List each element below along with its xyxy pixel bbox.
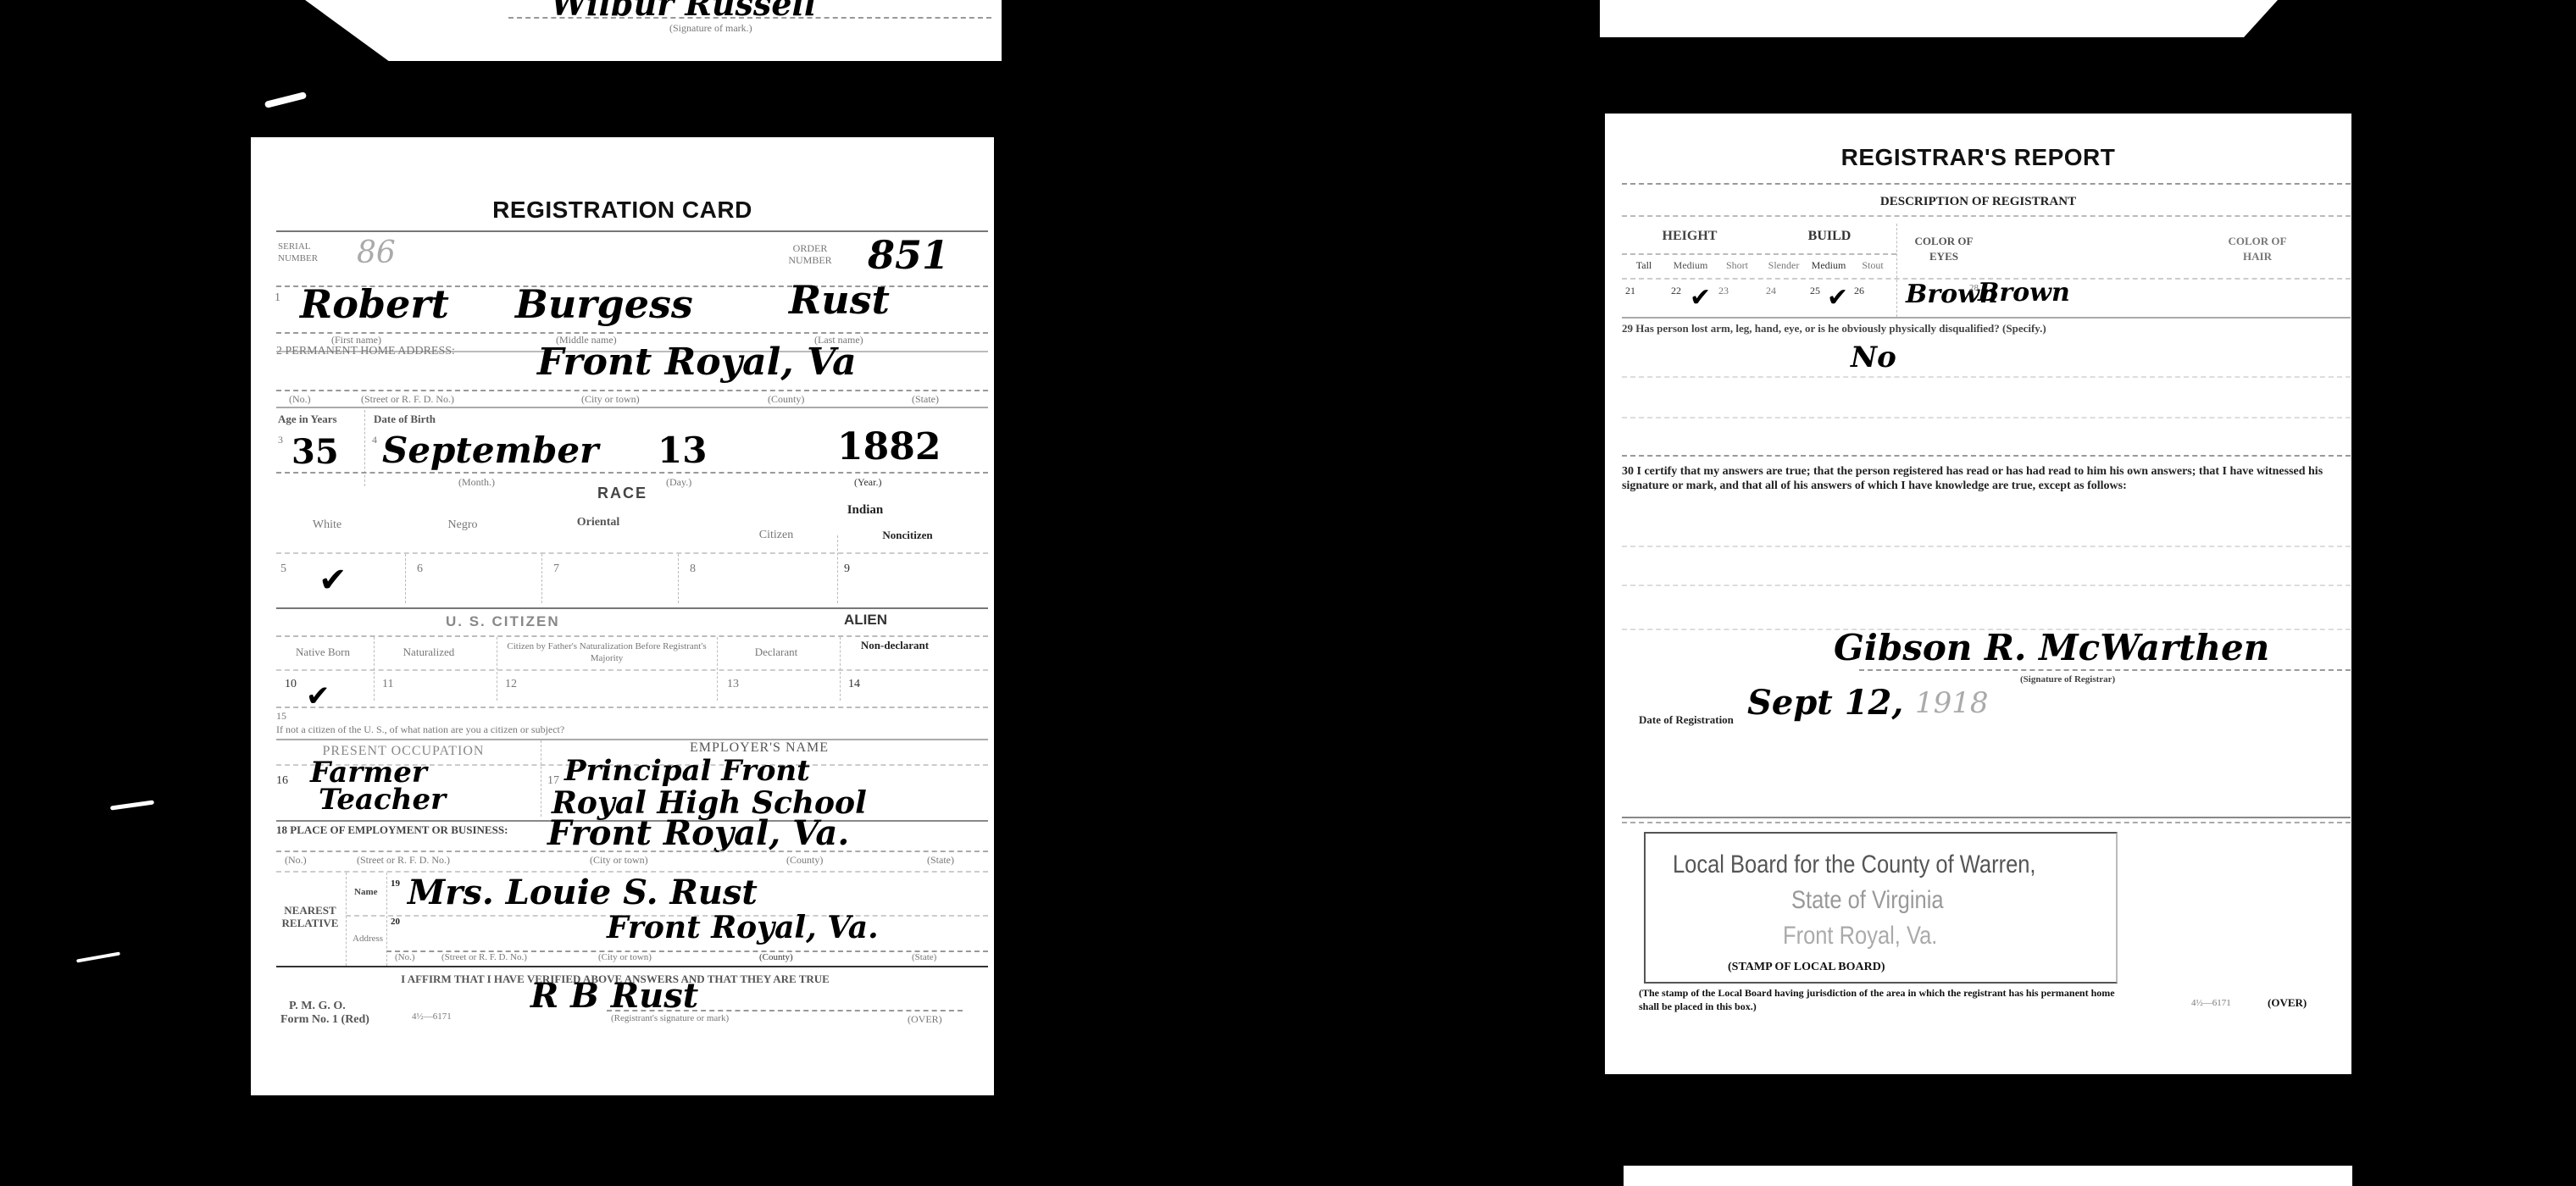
- stamp-line-2: State of Virginia: [1791, 886, 1944, 915]
- build-column: Medium: [1807, 259, 1851, 272]
- place-sublabel: (County): [786, 854, 823, 867]
- height-column: Short: [1715, 259, 1759, 272]
- relative-address: Front Royal, Va.: [607, 910, 879, 945]
- over-label: (OVER): [908, 1013, 942, 1026]
- field-number: 11: [382, 678, 393, 691]
- field-number: 4: [372, 434, 377, 446]
- place-sublabel: (No.): [285, 854, 307, 867]
- citizenship-column: Non-declarant: [852, 639, 937, 651]
- field-number: 16: [276, 774, 288, 788]
- home-address-label: 2 PERMANENT HOME ADDRESS:: [276, 345, 455, 358]
- field-number: 3: [278, 434, 283, 446]
- field-number: 24: [1766, 285, 1776, 297]
- scan-artifact: [76, 952, 120, 963]
- relative-name-label: Name: [354, 887, 378, 897]
- over-label: (OVER): [2268, 996, 2307, 1010]
- card-title: REGISTRATION CARD: [251, 197, 994, 224]
- serial-number: 86: [357, 236, 396, 270]
- form-id-line1: P. M. G. O.: [289, 1000, 346, 1013]
- scan-artifact: [110, 800, 154, 810]
- place-sublabel: (City or town): [590, 854, 648, 867]
- field-number: 20: [391, 917, 400, 927]
- registrars-report-card: REGISTRAR'S REPORT DESCRIPTION OF REGIST…: [1605, 114, 2351, 1074]
- field-number: 23: [1718, 285, 1729, 297]
- previous-registrant-signature: Wilbur Russell: [551, 0, 816, 23]
- dob-year: 1882: [837, 425, 941, 468]
- field-number: 1: [275, 291, 280, 305]
- report-title: REGISTRAR'S REPORT: [1605, 144, 2351, 171]
- build-medium-checkmark: ✔: [1827, 283, 1848, 313]
- field-number: 6: [417, 563, 423, 576]
- stamp-caption: (STAMP OF LOCAL BOARD): [1728, 961, 1885, 974]
- address-sublabel: (City or town): [581, 393, 640, 406]
- address-sublabel: (State): [912, 393, 939, 406]
- eye-color-heading: COLOR OF EYES: [1901, 234, 1986, 264]
- field-number: 13: [727, 678, 739, 691]
- build-heading: BUILD: [1762, 229, 1897, 244]
- order-number-label: ORDER NUMBER: [780, 242, 840, 266]
- registration-card: REGISTRATION CARD SERIAL NUMBER 86 ORDER…: [251, 137, 994, 1095]
- dob-month: September: [382, 430, 598, 471]
- relative-sublabel: (State): [912, 952, 936, 962]
- registration-year: 1918: [1915, 686, 1989, 720]
- field-number: 15: [276, 710, 286, 723]
- form-id-line2: Form No. 1 (Red): [280, 1013, 369, 1027]
- relative-sublabel: (County): [759, 952, 793, 962]
- field-number: 10: [285, 678, 297, 691]
- field-number: 8: [690, 563, 696, 576]
- race-column: Noncitizen: [844, 529, 971, 542]
- address-sublabel: (County): [768, 393, 804, 406]
- stamp-instruction-note: (The stamp of the Local Board having jur…: [1639, 986, 2122, 1013]
- form-code: 4½—6171: [2191, 998, 2231, 1008]
- age-value: 35: [291, 432, 339, 472]
- field-number: 21: [1625, 285, 1635, 297]
- citizenship-column: Native Born: [276, 646, 369, 659]
- nearest-relative-label: NEAREST RELATIVE: [276, 904, 344, 929]
- build-column: Slender: [1762, 259, 1806, 272]
- address-sublabel: (No.): [289, 393, 311, 406]
- occupation-line2: Teacher: [319, 783, 446, 817]
- question-30-certification: 30 I certify that my answers are true; t…: [1622, 464, 2346, 493]
- relative-address-label: Address: [353, 934, 383, 944]
- relative-name: Mrs. Louie S. Rust: [408, 873, 758, 912]
- previous-card-snippet: Wilbur Russell (Signature of mark.): [305, 0, 1002, 61]
- field15-question: If not a citizen of the U. S., of what n…: [276, 723, 564, 736]
- employer-line1: Principal Front: [564, 754, 810, 788]
- stamp-line-1: Local Board for the County of Warren,: [1673, 851, 2036, 879]
- hair-color-heading: COLOR OF HAIR: [2215, 234, 2300, 264]
- height-column: Medium: [1668, 259, 1713, 272]
- registrar-signature-label: (Signature of Registrar): [2020, 674, 2115, 684]
- field-number: 5: [280, 563, 286, 576]
- dob-day: 13: [658, 430, 707, 471]
- next-card-snippet: [1624, 1166, 2352, 1186]
- signature-label: (Registrant's signature or mark): [611, 1013, 729, 1023]
- registrar-signature: Gibson R. McWarthen: [1834, 627, 2269, 668]
- question-29: 29 Has person lost arm, leg, hand, eye, …: [1622, 322, 2351, 335]
- height-heading: HEIGHT: [1622, 229, 1757, 244]
- question-29-answer: No: [1851, 341, 1896, 374]
- field-number: 7: [553, 563, 559, 576]
- field-number: 25: [1810, 285, 1820, 297]
- field-number: 19: [391, 878, 400, 889]
- relative-sublabel: (Street or R. F. D. No.): [441, 952, 527, 962]
- last-name: Rust: [789, 277, 890, 323]
- order-number: 851: [868, 232, 949, 278]
- place-sublabel: (Street or R. F. D. No.): [357, 854, 450, 867]
- place-sublabel: (State): [927, 854, 954, 867]
- form-code: 4½—6171: [412, 1011, 452, 1022]
- race-column: Citizen: [725, 529, 827, 542]
- signature-caption: (Signature of mark.): [669, 22, 752, 35]
- place-of-employment-label: 18 PLACE OF EMPLOYMENT OR BUSINESS:: [276, 823, 508, 837]
- us-citizen-heading: U. S. CITIZEN: [446, 613, 560, 630]
- field-number: 9: [844, 563, 850, 576]
- race-heading: RACE: [251, 485, 994, 502]
- relative-sublabel: (City or town): [598, 952, 652, 962]
- field-number: 14: [848, 678, 860, 691]
- place-of-employment: Front Royal, Va.: [547, 813, 849, 853]
- relative-sublabel: (No.): [395, 952, 415, 962]
- race-column: Oriental: [547, 516, 649, 529]
- height-column: Tall: [1622, 259, 1666, 272]
- stamp-line-3: Front Royal, Va.: [1783, 922, 1937, 950]
- first-name: Robert: [300, 281, 449, 327]
- date-of-registration: Sept 12,: [1747, 683, 1903, 723]
- native-born-checkmark: ✔: [306, 679, 330, 713]
- age-label: Age in Years: [278, 413, 337, 426]
- alien-heading: ALIEN: [844, 612, 887, 629]
- race-column: White: [276, 518, 378, 532]
- previous-report-snippet: [1600, 0, 2278, 37]
- citizenship-column: Citizen by Father's Naturalization Befor…: [505, 640, 708, 664]
- race-white-checkmark: ✔: [319, 561, 347, 600]
- citizenship-column: Naturalized: [378, 646, 480, 659]
- indian-label: Indian: [802, 503, 929, 518]
- field-number: 12: [505, 678, 517, 691]
- build-column: Stout: [1851, 259, 1895, 272]
- height-medium-checkmark: ✔: [1690, 283, 1711, 313]
- field-number: 22: [1671, 285, 1681, 297]
- home-address: Front Royal, Va: [537, 341, 857, 384]
- date-of-registration-label: Date of Registration: [1639, 713, 1734, 727]
- serial-number-label: SERIAL NUMBER: [278, 241, 346, 264]
- field-number: 26: [1854, 285, 1864, 297]
- middle-name: Burgess: [515, 281, 693, 327]
- race-column: Negro: [412, 518, 514, 532]
- citizenship-column: Declarant: [725, 646, 827, 659]
- hair-color-value: Brown: [1978, 278, 2070, 308]
- description-heading: DESCRIPTION OF REGISTRANT: [1605, 195, 2351, 209]
- address-sublabel: (Street or R. F. D. No.): [361, 393, 454, 406]
- dob-label: Date of Birth: [374, 413, 436, 426]
- scan-artifact: [264, 91, 307, 108]
